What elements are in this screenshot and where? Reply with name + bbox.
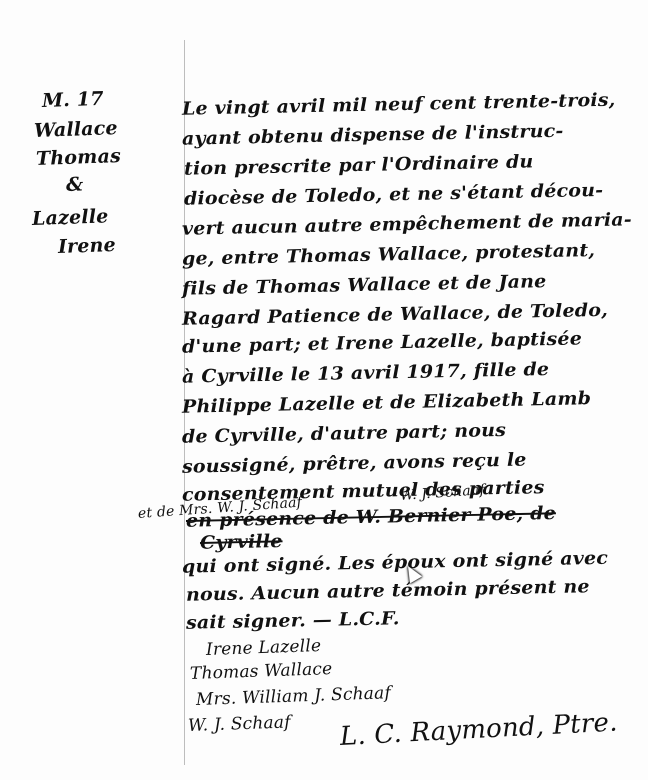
signature-witness-2: W. J. Schaaf	[188, 712, 291, 736]
body-line: soussigné, prêtre, avons reçu le	[182, 449, 527, 477]
margin-ampersand: &	[66, 173, 84, 196]
body-line: diocèse de Toledo, et ne s'étant décou-	[184, 180, 604, 210]
body-line: Philippe Lazelle et de Elizabeth Lamb	[182, 388, 592, 417]
margin-bride-surname: Lazelle	[32, 205, 109, 230]
margin-bride-given-name: Irene	[58, 234, 117, 258]
body-line: d'une part; et Irene Lazelle, baptisée	[182, 328, 582, 357]
body-line: à Cyrville le 13 avril 1917, fille de	[182, 359, 550, 388]
body-line: fils de Thomas Wallace et de Jane	[182, 271, 547, 300]
body-line: vert aucun autre empêchement de maria-	[182, 209, 632, 239]
margin-groom-surname: Wallace	[34, 117, 119, 142]
body-line: Le vingt avril mil neuf cent trente-troi…	[182, 89, 616, 119]
margin-groom-given-name: Thomas	[36, 145, 122, 170]
signature-groom: Thomas Wallace	[190, 659, 333, 684]
closing-line: nous. Aucun autre témoin présent ne	[186, 576, 590, 605]
closing-line: sait signer. — L.C.F.	[186, 608, 400, 633]
margin-entry-number: M. 17	[42, 88, 104, 112]
body-line: de Cyrville, d'autre part; nous	[182, 420, 506, 448]
body-line-struck: Cyrville	[200, 531, 283, 554]
body-line: ayant obtenu dispense de l'instruc-	[182, 121, 564, 150]
register-page: M. 17 Wallace Thomas & Lazelle Irene Le …	[0, 0, 648, 780]
body-line: Ragard Patience de Wallace, de Toledo,	[182, 300, 608, 330]
body-line: ge, entre Thomas Wallace, protestant,	[182, 240, 596, 270]
signature-bride: Irene Lazelle	[206, 636, 322, 660]
signature-priest: L. C. Raymond, Ptre.	[339, 707, 618, 752]
signature-witness-1: Mrs. William J. Schaaf	[196, 683, 392, 710]
body-line: tion prescrite par l'Ordinaire du	[184, 151, 534, 179]
